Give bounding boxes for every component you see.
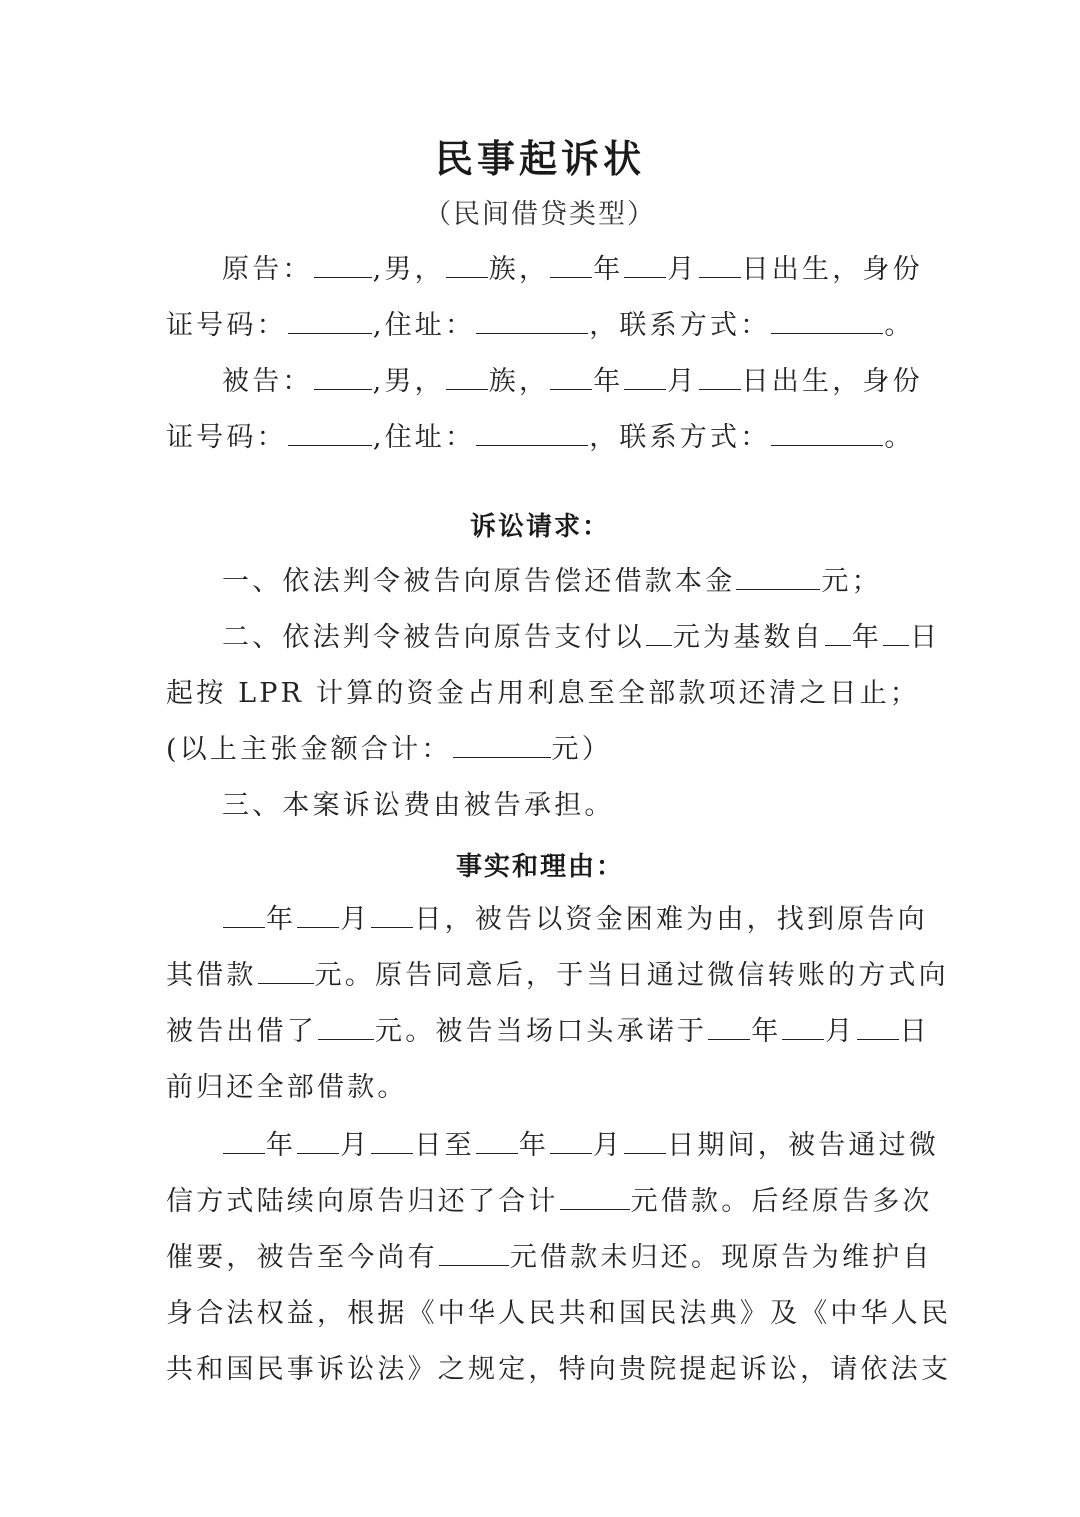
amount-blank (439, 1239, 509, 1266)
facts-p2-line-2: 信方式陆续向原告归还了合计元借款。后经原告多次 (166, 1182, 916, 1222)
plaintiff-line-1: 原告：,男，族，年月日出生，身份 (222, 250, 916, 290)
label-text: 月 (825, 1016, 855, 1047)
day-blank (371, 1127, 413, 1154)
label-text: 族， (489, 366, 549, 397)
facts-p1-line-4: 前归还全部借款。 (166, 1068, 916, 1108)
ethnicity-blank (446, 251, 488, 278)
day-blank (699, 363, 741, 390)
label-text: 其借款 (166, 960, 257, 991)
claim-item-1: 一、依法判令被告向原告偿还借款本金元； (222, 562, 916, 602)
label-text: 年 (266, 1130, 296, 1161)
facts-p2-line-3: 催要，被告至今尚有元借款未归还。现原告为维护自 (166, 1238, 916, 1278)
year-blank (223, 1127, 265, 1154)
label-text: 年 (519, 1130, 549, 1161)
label-text: 族， (489, 254, 549, 285)
month-blank (297, 901, 339, 928)
month-blank (550, 1127, 592, 1154)
claim-item-2-line-2: 起按 LPR 计算的资金占用利息至全部款项还清之日止； (166, 674, 916, 714)
ethnicity-blank (446, 363, 488, 390)
claims-heading: 诉讼请求： (0, 506, 1080, 543)
label-text: ，联系方式： (589, 422, 770, 453)
label-text: 日至 (414, 1130, 474, 1161)
label-text: (以上主张金额合计： (166, 734, 452, 765)
facts-p2-line-4: 身合法权益，根据《中华人民共和国民法典》及《中华人民 (166, 1294, 916, 1334)
amount-blank (318, 1013, 374, 1040)
label-text: ,男， (373, 254, 445, 285)
day-blank (371, 901, 413, 928)
label-text: ,男， (373, 366, 445, 397)
defendant-line-1: 被告：,男，族，年月日出生，身份 (222, 362, 916, 402)
label-text: 元） (552, 734, 612, 765)
label-text: 日期间，被告通过微 (667, 1130, 939, 1161)
facts-p1-line-3: 被告出借了元。被告当场口头承诺于年月日 (166, 1012, 916, 1052)
defendant-line-2: 证号码：,住址：，联系方式：。 (166, 418, 916, 458)
base-amount-blank (646, 619, 672, 646)
label-text: 日，被告以资金困难为由，找到原告向 (414, 904, 927, 935)
plaintiff-line-2: 证号码：,住址：，联系方式：。 (166, 306, 916, 346)
label-text: 年 (266, 904, 296, 935)
label-text: 原告： (222, 254, 313, 285)
name-blank (314, 251, 372, 278)
label-text: 日出生，身份 (742, 254, 923, 285)
contact-blank (771, 307, 883, 334)
label-text: 。 (884, 422, 914, 453)
label-text: 二、依法判令被告向原告支付以 (222, 622, 645, 653)
label-text: 被告： (222, 366, 313, 397)
label-text: 。 (884, 310, 914, 341)
year-blank (550, 363, 592, 390)
label-text: 日出生，身份 (742, 366, 923, 397)
label-text: 元为基数自 (673, 622, 824, 653)
year-blank (708, 1013, 750, 1040)
label-text: 元借款未归还。现原告为维护自 (510, 1242, 933, 1273)
id-blank (288, 419, 372, 446)
label-text: ，联系方式： (589, 310, 770, 341)
document-title: 民事起诉状 (0, 128, 1080, 183)
claim-item-3: 三、本案诉讼费由被告承担。 (222, 786, 916, 826)
address-blank (476, 419, 588, 446)
year-blank (550, 251, 592, 278)
label-text: 催要，被告至今尚有 (166, 1242, 438, 1273)
label-text: ,住址： (373, 310, 475, 341)
claim-item-2-line-1: 二、依法判令被告向原告支付以元为基数自年日 (222, 618, 916, 658)
document-subtitle: （民间借贷类型） (0, 192, 1080, 231)
label-text: 元； (821, 566, 881, 597)
year-blank (825, 619, 851, 646)
label-text: 年 (593, 254, 623, 285)
label-text: 月 (667, 254, 697, 285)
facts-p2-line-5: 共和国民事诉讼法》之规定，特向贵院提起诉讼，请依法支 (166, 1350, 916, 1390)
label-text: 月 (593, 1130, 623, 1161)
facts-heading: 事实和理由： (0, 846, 1080, 883)
facts-p2-line-1: 年月日至年月日期间，被告通过微 (222, 1126, 916, 1166)
label-text: ,住址： (373, 422, 475, 453)
amount-blank (258, 957, 314, 984)
id-blank (288, 307, 372, 334)
label-text: 年 (852, 622, 882, 653)
day-blank (857, 1013, 899, 1040)
label-text: 一、依法判令被告向原告偿还借款本金 (222, 566, 735, 597)
label-text: 年 (593, 366, 623, 397)
month-blank (624, 363, 666, 390)
name-blank (314, 363, 372, 390)
label-text: 元。原告同意后，于当日通过微信转账的方式向 (315, 960, 949, 991)
month-blank (297, 1127, 339, 1154)
month-blank (782, 1013, 824, 1040)
contact-blank (771, 419, 883, 446)
label-text: 日 (910, 622, 940, 653)
label-text: 日 (900, 1016, 930, 1047)
label-text: 月 (667, 366, 697, 397)
label-text: 证号码： (166, 422, 287, 453)
facts-p1-line-2: 其借款元。原告同意后，于当日通过微信转账的方式向 (166, 956, 916, 996)
day-blank (624, 1127, 666, 1154)
address-blank (476, 307, 588, 334)
label-text: 元借款。后经原告多次 (631, 1186, 933, 1217)
day-blank (699, 251, 741, 278)
label-text: 证号码： (166, 310, 287, 341)
day-blank (883, 619, 909, 646)
label-text: 年 (751, 1016, 781, 1047)
label-text: 月 (340, 904, 370, 935)
facts-p1-line-1: 年月日，被告以资金困难为由，找到原告向 (222, 900, 916, 940)
label-text: 被告出借了 (166, 1016, 317, 1047)
year-blank (223, 901, 265, 928)
amount-blank (560, 1183, 630, 1210)
label-text: 信方式陆续向原告归还了合计 (166, 1186, 559, 1217)
month-blank (624, 251, 666, 278)
label-text: 元。被告当场口头承诺于 (375, 1016, 707, 1047)
claims-total: (以上主张金额合计：元） (166, 730, 916, 770)
principal-blank (736, 563, 820, 590)
total-amount-blank (453, 731, 551, 758)
label-text: 月 (340, 1130, 370, 1161)
year-blank (476, 1127, 518, 1154)
